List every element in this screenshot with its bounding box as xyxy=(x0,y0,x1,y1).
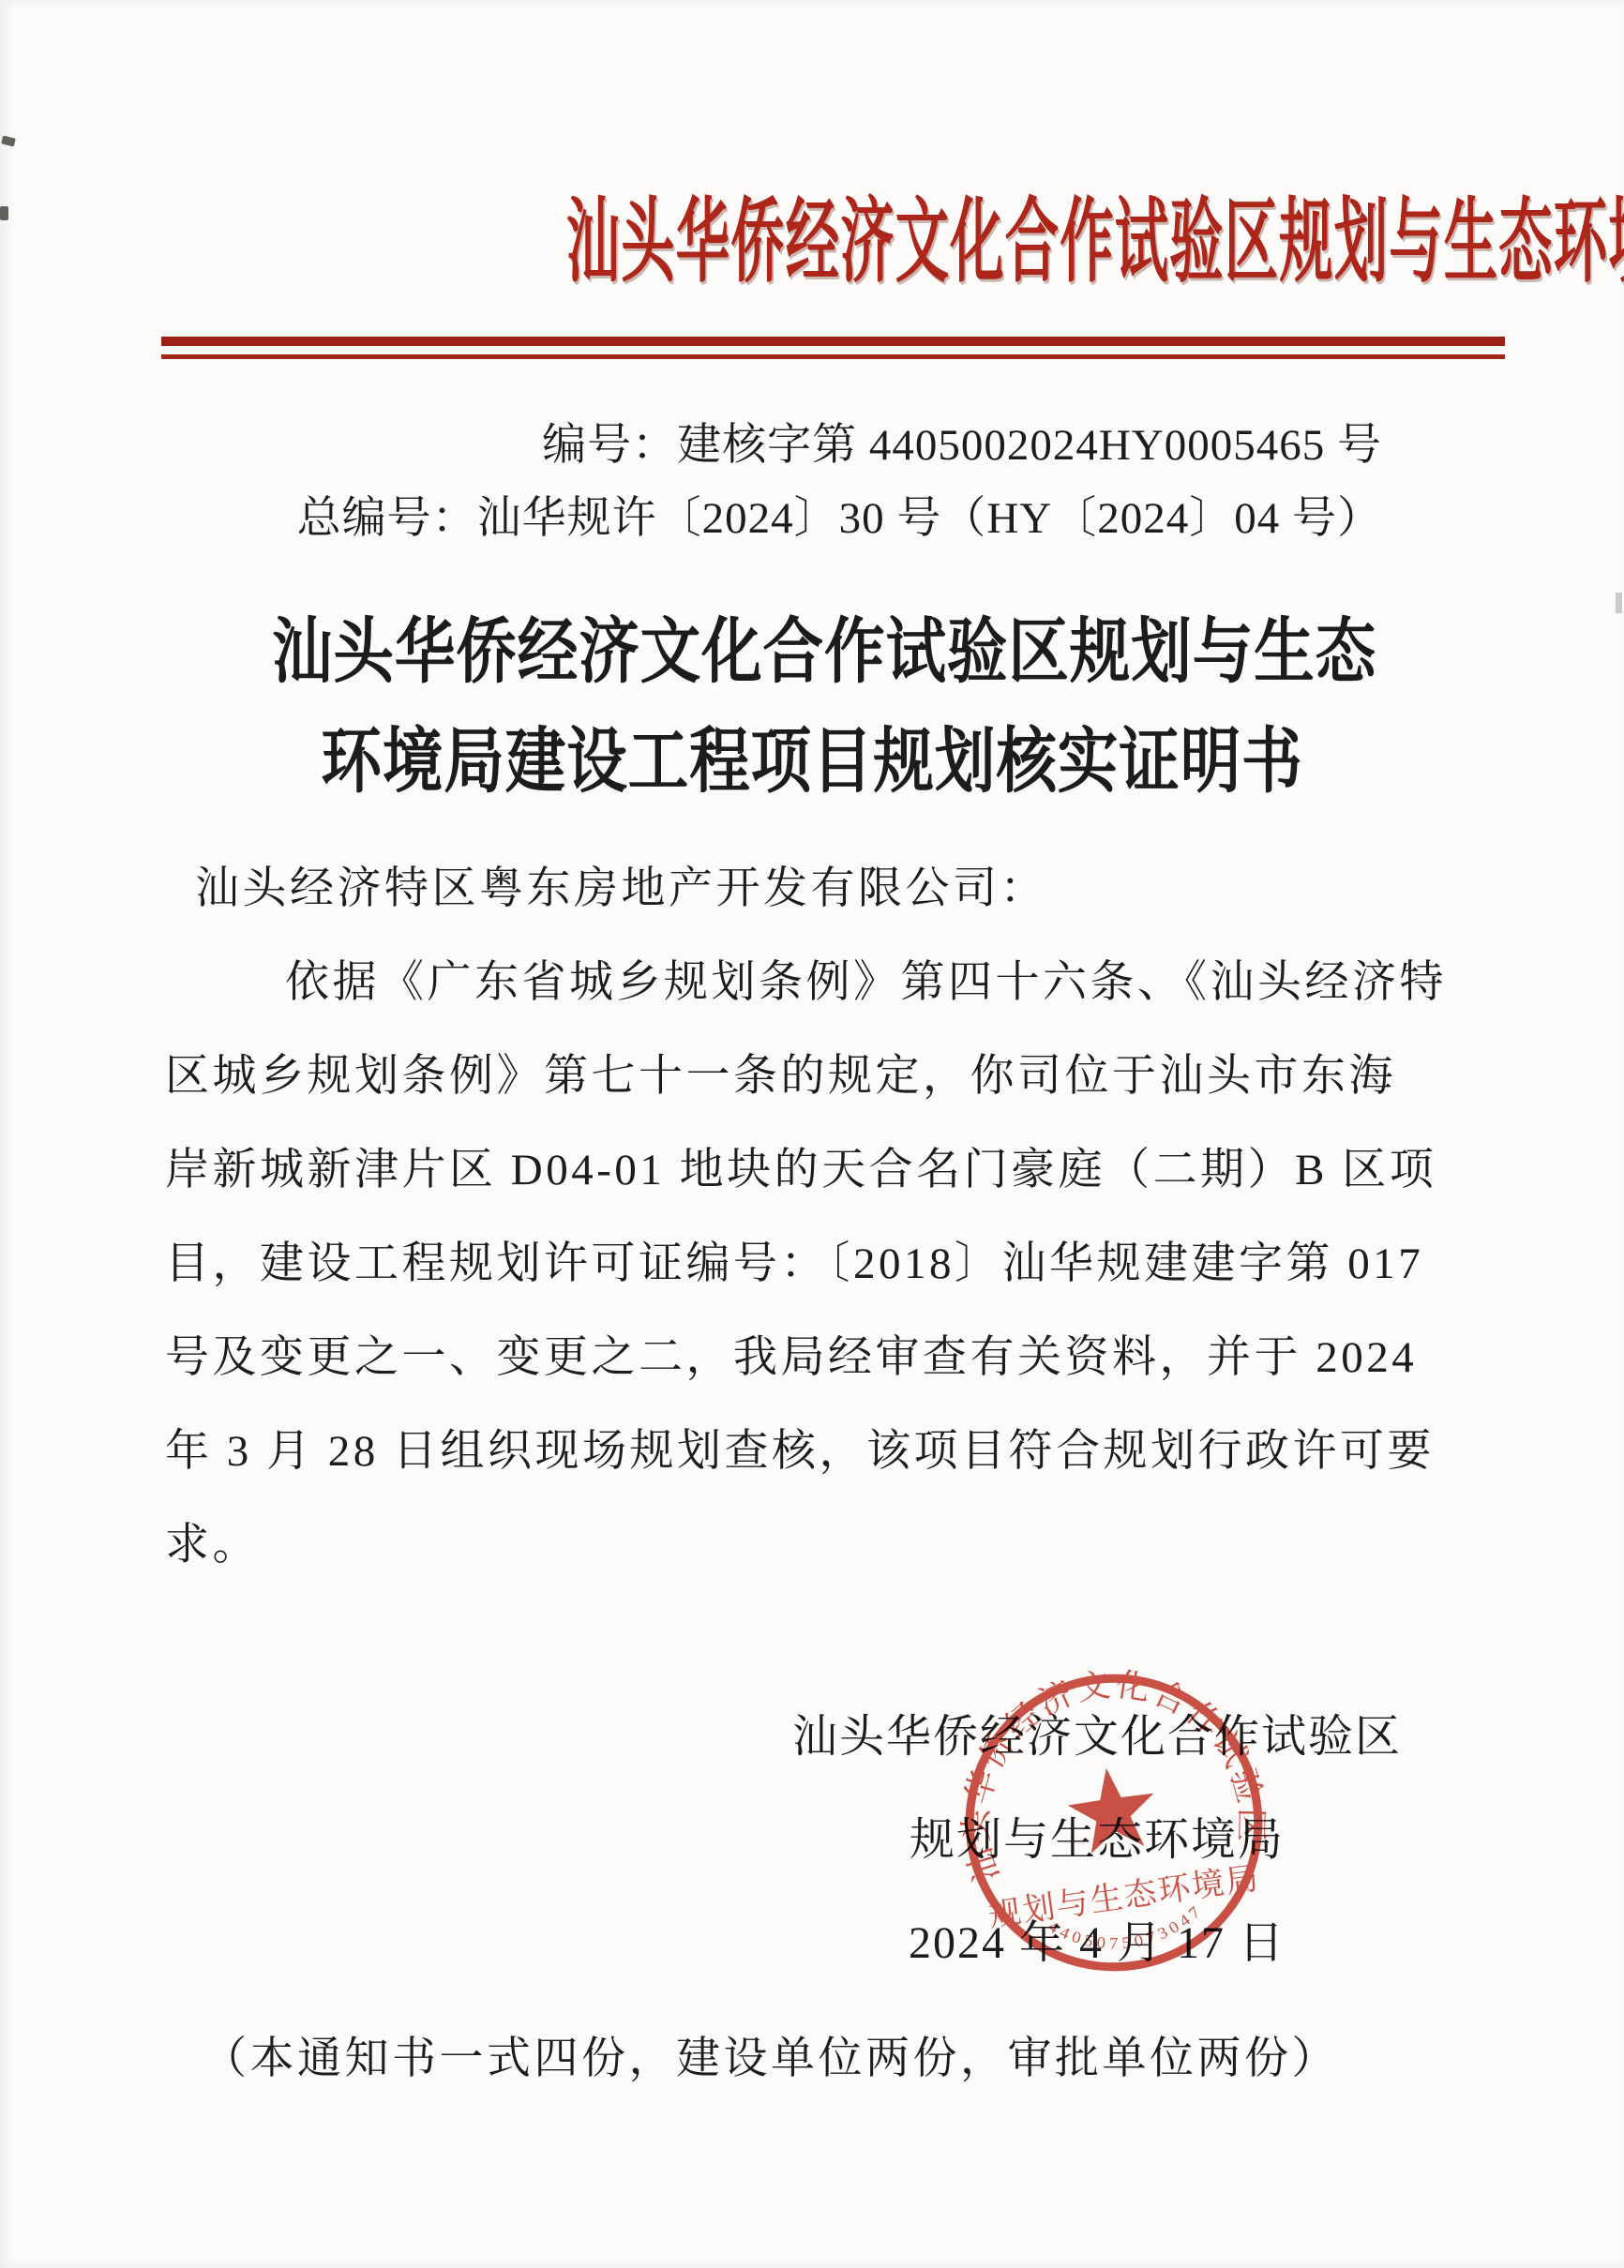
doc-number-line: 编号：建核字第 4405002024HY0005465 号 xyxy=(297,409,1382,482)
body-line: 依据《广东省城乡规划条例》第四十六条、《汕头经济特 xyxy=(165,936,1398,1029)
document-numbers: 编号：建核字第 4405002024HY0005465 号 总编号：汕华规许〔2… xyxy=(297,409,1382,555)
body-line: 目，建设工程规划许可证编号：〔2018〕汕华规建建字第 017 xyxy=(165,1217,1398,1311)
scan-artifact xyxy=(1,135,16,146)
seal-star-icon xyxy=(1063,1762,1161,1855)
doc-serial-number-line: 总编号：汕华规许〔2024〕30 号（HY〔2024〕04 号） xyxy=(297,482,1382,555)
body-line: 年 3 月 28 日组织现场规划查核，该项目符合规划行政许可要 xyxy=(165,1404,1398,1498)
header-rule-thick xyxy=(161,337,1505,346)
body-salutation-line: 汕头经济特区粤东房地产开发有限公司： xyxy=(165,842,1398,936)
scan-artifact xyxy=(0,206,8,220)
seal-arc-text-holder: 汕头华侨经济文化合作试验区 xyxy=(937,1646,1276,1888)
seal-arc-text: 汕头华侨经济文化合作试验区 xyxy=(937,1646,1276,1888)
header-rule-thin xyxy=(161,354,1505,359)
agency-masthead: 汕头华侨经济文化合作试验区规划与生态环境局 xyxy=(158,193,1221,294)
footer-note: （本通知书一式四份，建设单位两份，审批单位两份） xyxy=(203,2023,1412,2086)
scan-artifact xyxy=(1616,593,1622,613)
document-title-line-2: 环境局建设工程项目规划核实证明书 xyxy=(321,717,1302,808)
official-seal: 汕头华侨经济文化合作试验区 规划与生态环境局 4405075073047 xyxy=(934,1643,1294,2003)
body-line: 岸新城新津片区 D04-01 地块的天合名门豪庭（二期）B 区项 xyxy=(165,1123,1398,1217)
agency-header-title: 汕头华侨经济文化合作试验区规划与生态环境局 xyxy=(566,193,1624,294)
document-title: 汕头华侨经济文化合作试验区规划与生态 环境局建设工程项目规划核实证明书 xyxy=(174,608,1450,827)
body-line: 区城乡规划条例》第七十一条的规定，你司位于汕头市东海 xyxy=(165,1029,1398,1123)
body-line: 求。 xyxy=(165,1498,1398,1592)
body-paragraph: 汕头经济特区粤东房地产开发有限公司： 依据《广东省城乡规划条例》第四十六条、《汕… xyxy=(165,842,1398,1592)
document-page: 汕头华侨经济文化合作试验区规划与生态环境局 编号：建核字第 4405002024… xyxy=(0,0,1624,2268)
document-title-line-1: 汕头华侨经济文化合作试验区规划与生态 xyxy=(272,608,1376,698)
body-line: 号及变更之一、变更之二，我局经审查有关资料，并于 2024 xyxy=(165,1311,1398,1404)
